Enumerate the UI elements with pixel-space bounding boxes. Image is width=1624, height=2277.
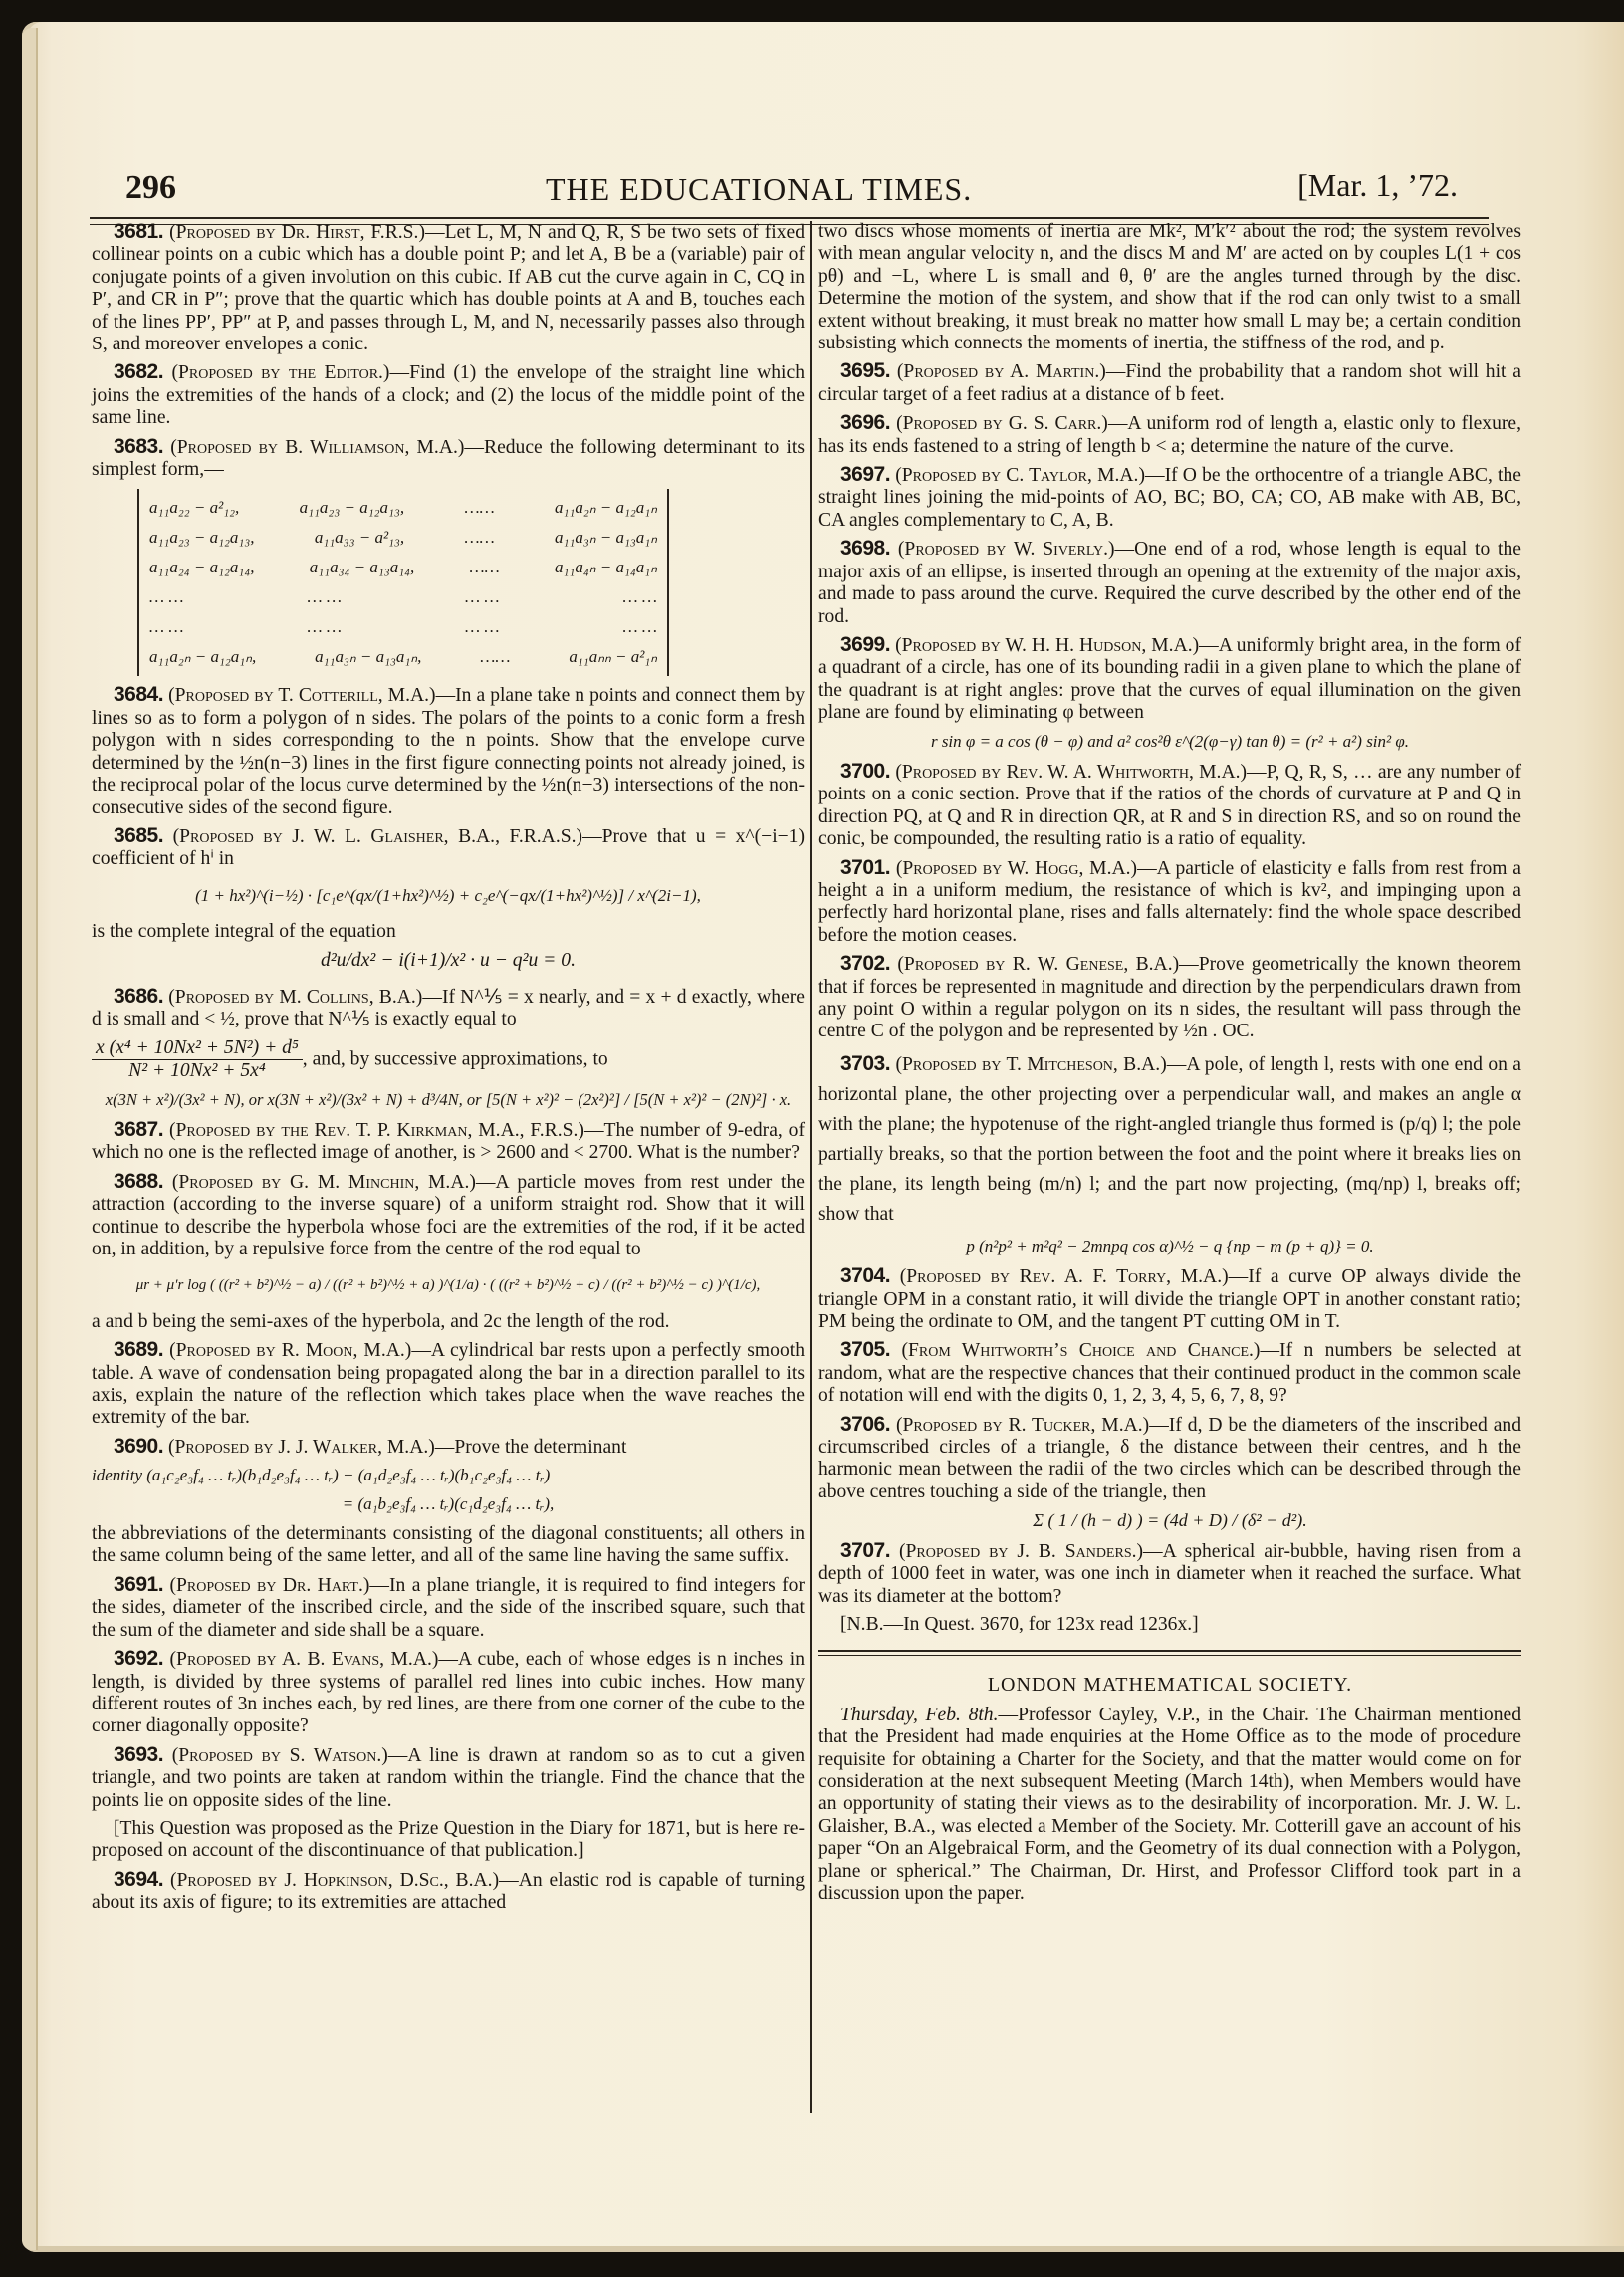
question-number: 3691. (114, 1573, 163, 1596)
question-3686: 3686. (Proposed by M. Collins, B.A.)—If … (92, 986, 805, 1031)
proposer: (Proposed by R. W. Genese, B.A.) (897, 954, 1179, 975)
text-3688-b: a and b being the semi-axes of the hyper… (92, 1311, 805, 1333)
det-cell: … … (149, 612, 183, 642)
question-3704: 3704. (Proposed by Rev. A. F. Torry, M.A… (818, 1265, 1521, 1333)
denominator: N² + 10Nx² + 5x⁴ (92, 1059, 303, 1082)
question-number: 3693. (114, 1743, 163, 1766)
determinant-row: a₁₁a₂₄ − a₁₂a₁₄,a₁₁a₃₄ − a₁₃a₁₄,……a₁₁a₄ₙ… (149, 553, 657, 582)
determinant-row: … …… …… …… … (149, 612, 657, 642)
proposer: (Proposed by J. J. Walker, M.A.) (168, 1437, 435, 1458)
det-cell: a₁₁a₂₃ − a₁₂a₁₃, (149, 523, 255, 553)
society-report: Thursday, Feb. 8th.—Professor Cayley, V.… (818, 1705, 1521, 1906)
question-number: 3689. (114, 1338, 163, 1361)
determinant-3683: a₁₁a₂₂ − a²₁₂,a₁₁a₂₃ − a₁₂a₁₃,……a₁₁a₂ₙ −… (137, 489, 669, 676)
question-3698: 3698. (Proposed by W. Siverly.)—One end … (818, 538, 1521, 628)
question-3696: 3696. (Proposed by G. S. Carr.)—A unifor… (818, 412, 1521, 458)
proposer: (Proposed by W. H. H. Hudson, M.A.) (895, 635, 1199, 656)
formula-3690-a: identity (a₁c₂e₃f₄ … tᵣ)(b₁d₂e₃f₄ … tᵣ) … (92, 1465, 805, 1486)
fraction: x (x⁴ + 10Nx² + 5N²) + d⁵N² + 10Nx² + 5x… (92, 1037, 303, 1083)
det-cell: …… (464, 493, 494, 523)
proposer: (Proposed by Dr. Hirst, F.R.S.) (169, 222, 425, 243)
question-3699: 3699. (Proposed by W. H. H. Hudson, M.A.… (818, 634, 1521, 725)
question-3701: 3701. (Proposed by W. Hogg, M.A.)—A part… (818, 857, 1521, 948)
question-number: 3685. (114, 824, 163, 847)
question-number: 3687. (114, 1118, 163, 1141)
det-cell: … … (465, 582, 499, 612)
formula-3706: Σ ( 1 / (h − d) ) = (4d + D) / (δ² − d²)… (818, 1509, 1521, 1531)
det-cell: … … (623, 612, 657, 642)
page-number: 296 (125, 169, 176, 207)
proposer: (Proposed by B. Williamson, M.A.) (170, 437, 464, 458)
proposer: (Proposed by W. Hogg, M.A.) (896, 858, 1137, 879)
text-3690-b: the abbreviations of the determinants co… (92, 1523, 805, 1568)
question-3700: 3700. (Proposed by Rev. W. A. Whitworth,… (818, 761, 1521, 851)
proposer: (Proposed by S. Watson.) (172, 1745, 388, 1766)
question-3706: 3706. (Proposed by R. Tucker, M.A.)—If d… (818, 1414, 1521, 1504)
formula-3685-eq: d²u/dx² − i(i+1)/x² · u − q²u = 0. (92, 950, 805, 972)
page-header: 296 THE EDUCATIONAL TIMES. [Mar. 1, ’72. (98, 159, 1482, 219)
question-number: 3703. (840, 1052, 890, 1075)
section-rule (818, 1650, 1521, 1656)
proposer: (Proposed by Rev. A. F. Torry, M.A.) (900, 1266, 1229, 1287)
question-3690: 3690. (Proposed by J. J. Walker, M.A.)—P… (92, 1436, 805, 1459)
det-cell: … … (623, 582, 657, 612)
masthead-title: THE EDUCATIONAL TIMES. (546, 171, 972, 208)
proposer: (From Whitworth’s Choice and Chance.) (901, 1340, 1260, 1361)
det-cell: …… (464, 523, 494, 553)
society-body: —Professor Cayley, V.P., in the Chair. T… (818, 1705, 1521, 1904)
det-cell: a₁₁aₙₙ − a²₁ₙ (569, 642, 657, 672)
formula-3690-b: = (a₁b₂e₃f₄ … tᵣ)(c₁d₂e₃f₄ … tᵣ), (92, 1493, 805, 1515)
question-3697: 3697. (Proposed by C. Taylor, M.A.)—If O… (818, 464, 1521, 532)
column-divider (810, 221, 812, 2113)
question-number: 3690. (114, 1435, 163, 1458)
determinant-row: … …… …… …… … (149, 582, 657, 612)
proposer: (Proposed by the Rev. T. P. Kirkman, M.A… (169, 1120, 584, 1141)
numerator: x (x⁴ + 10Nx² + 5N²) + d⁵ (92, 1037, 303, 1059)
proposer: (Proposed by T. Mitcheson, B.A.) (895, 1054, 1166, 1075)
det-cell: a₁₁a₂ₙ − a₁₂a₁ₙ, (149, 642, 256, 672)
question-number: 3699. (840, 633, 890, 656)
proposer: (Proposed by J. Hopkinson, D.Sc., B.A.) (170, 1870, 499, 1891)
question-3689: 3689. (Proposed by R. Moon, M.A.)—A cyli… (92, 1339, 805, 1430)
question-number: 3697. (840, 463, 890, 486)
question-text: —A pole, of length l, rests with one end… (818, 1054, 1521, 1225)
determinant-row: a₁₁a₂₃ − a₁₂a₁₃,a₁₁a₃₃ − a²₁₃,……a₁₁a₃ₙ −… (149, 523, 657, 553)
proposer: (Proposed by T. Cotterill, M.A.) (168, 685, 435, 706)
question-3688: 3688. (Proposed by G. M. Minchin, M.A.)—… (92, 1171, 805, 1261)
question-text: —Prove the determinant (435, 1437, 627, 1458)
det-cell: …… (470, 553, 500, 582)
question-number: 3701. (840, 856, 890, 879)
question-number: 3707. (840, 1539, 890, 1562)
question-3693: 3693. (Proposed by S. Watson.)—A line is… (92, 1744, 805, 1812)
formula-3703: p (n²p² + m²q² − 2mnpq cos α)^½ − q {np … (818, 1236, 1521, 1257)
question-number: 3688. (114, 1170, 163, 1193)
det-cell: a₁₁a₂₂ − a²₁₂, (149, 493, 239, 523)
det-cell: … … (465, 612, 499, 642)
formula-3686-a: x (x⁴ + 10Nx² + 5N²) + d⁵N² + 10Nx² + 5x… (92, 1037, 805, 1083)
formula-3685: (1 + hx²)^(i−½) · [c₁e^(qx/(1+hx²)^½) + … (92, 885, 805, 907)
text-3685-b: is the complete integral of the equation (92, 921, 805, 943)
note-3693: [This Question was proposed as the Prize… (92, 1818, 805, 1863)
society-title: LONDON MATHEMATICAL SOCIETY. (818, 1674, 1521, 1696)
det-cell: a₁₁a₂ₙ − a₁₂a₁ₙ (555, 493, 657, 523)
question-3685: 3685. (Proposed by J. W. L. Glaisher, B.… (92, 825, 805, 871)
det-cell: … … (149, 582, 183, 612)
question-3694: 3694. (Proposed by J. Hopkinson, D.Sc., … (92, 1869, 805, 1915)
det-cell: a₁₁a₃₃ − a²₁₃, (315, 523, 404, 553)
proposer: (Proposed by Dr. Hart.) (169, 1575, 369, 1596)
proposer: (Proposed by R. Tucker, M.A.) (896, 1415, 1149, 1436)
det-cell: a₁₁a₃ₙ − a₁₃a₁ₙ, (315, 642, 421, 672)
proposer: (Proposed by A. B. Evans, M.A.) (170, 1649, 439, 1670)
question-number: 3682. (114, 360, 163, 383)
question-number: 3694. (114, 1868, 163, 1891)
question-3707: 3707. (Proposed by J. B. Sanders.)—A sph… (818, 1540, 1521, 1608)
issue-date: [Mar. 1, ’72. (1297, 167, 1458, 204)
proposer: (Proposed by A. Martin.) (897, 361, 1106, 382)
det-cell: … … (308, 582, 342, 612)
nb-note: [N.B.—In Quest. 3670, for 123x read 1236… (818, 1614, 1521, 1636)
question-3695: 3695. (Proposed by A. Martin.)—Find the … (818, 360, 1521, 406)
formula-3686-b: x(3N + x²)/(3x² + N), or x(3N + x²)/(3x²… (92, 1089, 805, 1111)
det-cell: …… (480, 642, 510, 672)
question-number: 3706. (840, 1413, 890, 1436)
proposer: (Proposed by C. Taylor, M.A.) (895, 465, 1145, 486)
proposer: (Proposed by M. Collins, B.A.) (168, 987, 422, 1008)
right-column: two discs whose moments of inertia are M… (818, 221, 1521, 1911)
formula-3699: r sin φ = a cos (θ − φ) and a² cos²θ ε^(… (818, 731, 1521, 753)
question-number: 3695. (840, 359, 890, 382)
question-3705: 3705. (From Whitworth’s Choice and Chanc… (818, 1339, 1521, 1407)
question-number: 3705. (840, 1338, 890, 1361)
question-number: 3696. (840, 411, 890, 434)
proposer: (Proposed by the Editor.) (171, 362, 389, 383)
formula-3688: μr + μ′r log ( ((r² + b²)^½ − a) / ((r² … (92, 1274, 805, 1296)
question-number: 3681. (114, 220, 163, 243)
det-cell: a₁₁a₂₄ − a₁₂a₁₄, (149, 553, 255, 582)
question-3703: 3703. (Proposed by T. Mitcheson, B.A.)—A… (818, 1049, 1521, 1230)
determinant-row: a₁₁a₂ₙ − a₁₂a₁ₙ,a₁₁a₃ₙ − a₁₃a₁ₙ,……a₁₁aₙₙ… (149, 642, 657, 672)
question-3702: 3702. (Proposed by R. W. Genese, B.A.)—P… (818, 953, 1521, 1043)
proposer: (Proposed by G. M. Minchin, M.A.) (172, 1172, 476, 1193)
det-cell: a₁₁a₃ₙ − a₁₃a₁ₙ (555, 523, 657, 553)
binding-edge (22, 28, 38, 2250)
det-cell: … … (308, 612, 342, 642)
question-number: 3704. (840, 1264, 890, 1287)
proposer: (Proposed by W. Siverly.) (898, 539, 1115, 560)
question-3683: 3683. (Proposed by B. Williamson, M.A.)—… (92, 436, 805, 482)
question-3692: 3692. (Proposed by A. B. Evans, M.A.)—A … (92, 1648, 805, 1738)
question-number: 3700. (840, 760, 890, 783)
question-3684: 3684. (Proposed by T. Cotterill, M.A.)—I… (92, 684, 805, 818)
question-number: 3683. (114, 435, 163, 458)
question-3682: 3682. (Proposed by the Editor.)—Find (1)… (92, 361, 805, 429)
question-number: 3698. (840, 537, 890, 560)
det-cell: a₁₁a₂₃ − a₁₂a₁₃, (300, 493, 405, 523)
proposer: (Proposed by G. S. Carr.) (896, 413, 1108, 434)
proposer: (Proposed by J. B. Sanders.) (899, 1541, 1143, 1562)
question-3687: 3687. (Proposed by the Rev. T. P. Kirkma… (92, 1119, 805, 1165)
text-3686-b: , and, by successive approximations, to (303, 1048, 608, 1069)
question-number: 3684. (114, 683, 163, 706)
determinant-row: a₁₁a₂₂ − a²₁₂,a₁₁a₂₃ − a₁₂a₁₃,……a₁₁a₂ₙ −… (149, 493, 657, 523)
proposer: (Proposed by J. W. L. Glaisher, B.A., F.… (173, 826, 582, 847)
proposer: (Proposed by R. Moon, M.A.) (169, 1340, 411, 1361)
proposer: (Proposed by Rev. W. A. Whitworth, M.A.) (895, 762, 1247, 783)
question-3691: 3691. (Proposed by Dr. Hart.)—In a plane… (92, 1574, 805, 1642)
question-3681: 3681. (Proposed by Dr. Hirst, F.R.S.)—Le… (92, 221, 805, 355)
det-cell: a₁₁a₄ₙ − a₁₄a₁ₙ (555, 553, 657, 582)
question-number: 3702. (840, 952, 890, 975)
left-column: 3681. (Proposed by Dr. Hirst, F.R.S.)—Le… (92, 221, 805, 1921)
det-cell: a₁₁a₃₄ − a₁₃a₁₄, (310, 553, 415, 582)
society-dateline: Thursday, Feb. 8th. (840, 1705, 999, 1725)
question-number: 3692. (114, 1647, 163, 1670)
question-number: 3686. (114, 985, 163, 1008)
continuation-3694: two discs whose moments of inertia are M… (818, 221, 1521, 354)
